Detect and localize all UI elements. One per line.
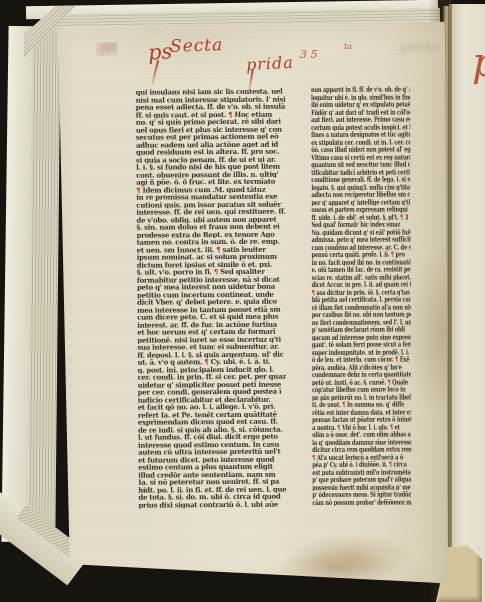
running-title-rubric: ps Secta prida 3 5 ta	[148, 34, 378, 90]
rubric-side-marks: 3 5	[300, 48, 318, 61]
book-left-page-stack	[27, 30, 60, 530]
text-column-left: qui insulans nisi iam sic lis contesta. …	[136, 87, 315, 508]
manuscript-page: pricta ps Secta prida 3 5 ta qui insulan…	[54, 20, 448, 588]
text-column-right: non apparet in fi. ff. de v'o. ob. de q'…	[311, 85, 412, 506]
faded-marginalia-smudge	[96, 42, 118, 56]
facing-page	[449, 4, 485, 602]
rubric-tiny-mark: ta	[344, 42, 352, 51]
text-line: prius dixi signat contrariū ō. l. ubi aū…	[138, 500, 314, 509]
manuscript-photo: p pricta ps Secta prida 3 5 ta qui insul…	[0, 0, 485, 602]
text-line: cām nō possum probar' defēōonez mēā	[312, 498, 411, 506]
page-stain	[286, 534, 416, 576]
rubric-word-main: Secta	[170, 35, 224, 57]
edge-rubric-letter: p	[472, 40, 485, 86]
